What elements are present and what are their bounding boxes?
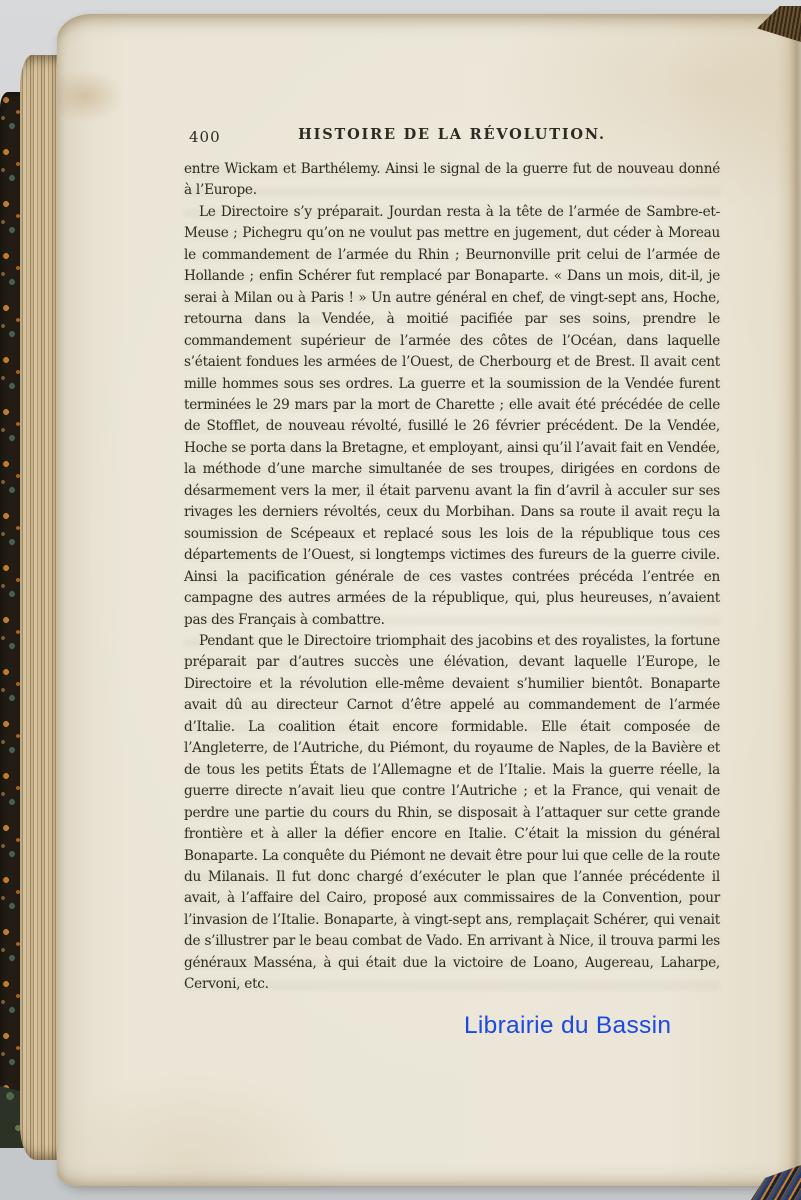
running-title: HISTOIRE DE LA RÉVOLUTION. xyxy=(184,126,720,143)
page-number: 400 xyxy=(189,128,221,146)
bookseller-watermark: Librairie du Bassin xyxy=(464,1012,671,1040)
paragraph-continuation: entre Wickam et Barthélemy. Ainsi le sig… xyxy=(184,159,720,202)
printed-text-block: 400 HISTOIRE DE LA RÉVOLUTION. entre Wic… xyxy=(184,126,720,996)
paragraph-directoire: Le Directoire s’y préparait. Jourdan res… xyxy=(184,202,720,631)
photo-background: { "photo": { "background_color": "#cbcdd… xyxy=(0,0,801,1200)
page-header: 400 HISTOIRE DE LA RÉVOLUTION. xyxy=(184,126,720,148)
paragraph-bonaparte: Pendant que le Directoire triomphait des… xyxy=(184,631,720,996)
body-text: entre Wickam et Barthélemy. Ainsi le sig… xyxy=(184,159,720,996)
